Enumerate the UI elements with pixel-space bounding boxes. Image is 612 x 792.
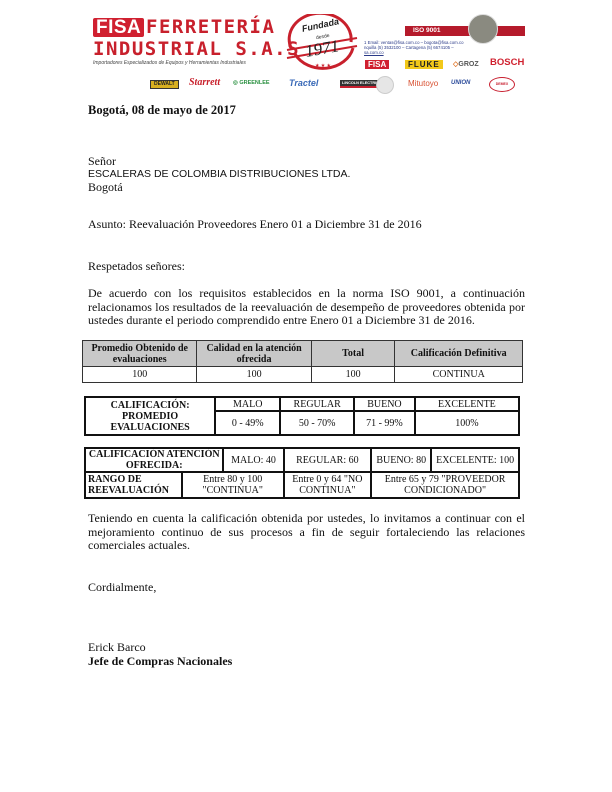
contact-line: sa.com.co: [364, 50, 504, 55]
header-promedio: Promedio Obtenido de evaluaciones: [83, 341, 197, 367]
brand-logo-lincoln: LINCOLN ELECTRIC: [340, 80, 381, 88]
range-condicionado: Entre 65 y 79 "PROVEEDOR CONDICIONADO": [371, 472, 519, 498]
score-excelente: EXCELENTE: 100: [431, 448, 519, 472]
level-bueno: BUENO: [354, 397, 415, 411]
results-header-row: Promedio Obtenido de evaluaciones Calida…: [83, 341, 523, 367]
attention-table: CALIFICACIÓN ATENCIÓN OFRECIDA: MALO: 40…: [84, 447, 520, 499]
iso-certification-banner: ISO 9001: [405, 26, 525, 36]
score-malo: MALO: 40: [223, 448, 283, 472]
greenlee-emblem-icon: ◎: [233, 80, 238, 86]
recipient-city: Bogotá: [88, 181, 123, 194]
svg-text:1971: 1971: [304, 36, 341, 61]
scale-table: CALIFICACIÓN: PROMEDIO EVALUACIONES MALO…: [84, 396, 520, 436]
closing-paragraph: Teniendo en cuenta la calificación obten…: [88, 512, 525, 553]
brand-logo-demex: DEMEX: [489, 77, 515, 92]
header-total: Total: [311, 341, 395, 367]
letter-date: Bogotá, 08 de mayo de 2017: [88, 103, 236, 118]
brand-logo-dewalt: DEWALT: [150, 80, 179, 89]
range-continua: Entre 80 y 100 "CONTINUA": [182, 472, 284, 498]
results-table: Promedio Obtenido de evaluaciones Calida…: [82, 340, 523, 383]
letter-closing: Cordialmente,: [88, 580, 156, 595]
brand-logo-union: UNION: [451, 80, 470, 86]
signer-name: Erick Barco: [88, 640, 146, 654]
contact-info: 1 Email: ventas@fisa.com.co – bogota@fis…: [364, 40, 504, 56]
svg-text:★ ★ ★: ★ ★ ★: [315, 63, 331, 69]
attention-scores-row: CALIFICACIÓN ATENCIÓN OFRECIDA: MALO: 40…: [85, 448, 519, 472]
range-bueno: 71 - 99%: [354, 411, 415, 435]
brand-logo-starrett: Starrett: [189, 77, 220, 88]
attention-label: CALIFICACIÓN ATENCIÓN OFRECIDA:: [85, 448, 223, 472]
range-excelente: 100%: [415, 411, 519, 435]
scale-label: CALIFICACIÓN: PROMEDIO EVALUACIONES: [85, 397, 215, 435]
brand-logo-mitutoyo: Mitutoyo: [408, 79, 438, 88]
letter-subject: Asunto: Reevaluación Proveedores Enero 0…: [88, 217, 422, 232]
brand-logo-bosch: BOSCH: [490, 57, 524, 69]
table-row: 100 100 100 CONTINUA: [83, 367, 523, 383]
company-tagline: Importadores Especializados de Equipos y…: [93, 60, 246, 66]
level-regular: REGULAR: [280, 397, 354, 411]
svg-text:Fundada: Fundada: [301, 16, 340, 34]
founded-seal-icon: Fundada desde 1971 ★ ★ ★: [285, 14, 359, 74]
header-calificacion: Calificación Definitiva: [395, 341, 523, 367]
brand-logo-groz: ◇GROZ: [453, 60, 479, 69]
signer-title: Jefe de Compras Nacionales: [88, 654, 232, 668]
cell-calidad: 100: [197, 367, 311, 383]
level-excelente: EXCELENTE: [415, 397, 519, 411]
range-label: RANGO DE REEVALUACIÓN: [85, 472, 182, 498]
brand-logo-fluke: FLUKE: [405, 60, 443, 69]
brand-logo-fisa: FISA: [365, 60, 389, 69]
score-bueno: BUENO: 80: [371, 448, 431, 472]
score-regular: REGULAR: 60: [284, 448, 372, 472]
cell-promedio: 100: [83, 367, 197, 383]
scale-levels-row: CALIFICACIÓN: PROMEDIO EVALUACIONES MALO…: [85, 397, 519, 411]
range-regular: 50 - 70%: [280, 411, 354, 435]
level-malo: MALO: [215, 397, 280, 411]
brand-logo-tractel: Tractel: [289, 78, 318, 88]
intro-paragraph: De acuerdo con los requisitos establecid…: [88, 287, 525, 328]
company-name-line2: INDUSTRIAL S.A.S: [93, 38, 300, 60]
attention-ranges-row: RANGO DE REEVALUACIÓN Entre 80 y 100 "CO…: [85, 472, 519, 498]
brand-logo-greenlee: ◎ GREENLEE: [233, 80, 270, 86]
header-calidad: Calidad en la atención ofrecida: [197, 341, 311, 367]
fisa-logo-box: FISA: [93, 18, 144, 37]
company-name-line1: FERRETERÍA: [146, 16, 275, 38]
recipient-company: ESCALERAS DE COLOMBIA DISTRIBUCIONES LTD…: [88, 168, 350, 181]
cell-calificacion: CONTINUA: [395, 367, 523, 383]
range-malo: 0 - 49%: [215, 411, 280, 435]
recipient-title: Señor: [88, 155, 116, 168]
cell-total: 100: [311, 367, 395, 383]
brand-logo-circle-icon: [376, 76, 394, 94]
letter-greeting: Respetados señores:: [88, 259, 185, 274]
range-no-continua: Entre 0 y 64 "NO CONTINUA": [284, 472, 372, 498]
